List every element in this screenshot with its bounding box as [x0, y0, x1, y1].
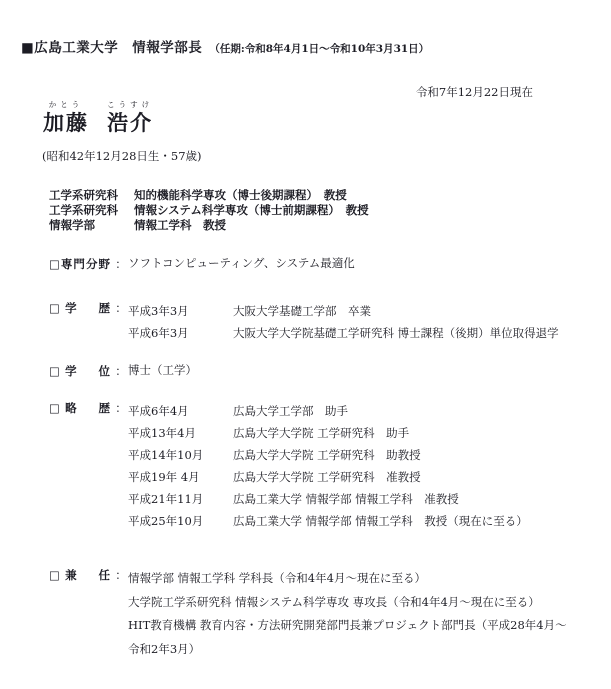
concurrent-entries: 情報学部 情報工学科 学科長（令和4年4月～現在に至る） 大学院工学系研究科 情… [128, 567, 567, 661]
section-colon: ： [115, 300, 127, 316]
entry-date: 平成21年11月 [128, 488, 233, 510]
affiliation-org: 工学系研究科 [49, 188, 134, 203]
name-last-unit: かとう 加藤 [43, 100, 89, 136]
cv-page: ■広島工業大学 情報学部長 （任期:令和8年4月1日～令和10年3月31日） 令… [0, 0, 611, 689]
entry-date: 平成25年10月 [128, 510, 233, 532]
entry-desc: 広島大学工学部 助手 [233, 400, 348, 422]
section-colon: ： [115, 256, 127, 272]
degree-value: 博士（工学） [128, 363, 197, 378]
entry-desc: 広島工業大学 情報学部 情報工学科 教授（現在に至る） [233, 510, 528, 532]
concurrent-line: 大学院工学系研究科 情報システム科学専攻 専攻長（令和4年4月～現在に至る） [128, 591, 567, 615]
entry-date: 平成13年4月 [128, 422, 233, 444]
section-label: □学 位 [49, 363, 110, 379]
career-entry: 平成25年10月 広島工業大学 情報学部 情報工学科 教授（現在に至る） [128, 510, 528, 532]
entry-date: 平成6年4月 [128, 400, 233, 422]
section-education: □学 歴 ： 平成3年3月 大阪大学基礎工学部 卒業 平成6年3月 大阪大学大学… [49, 300, 559, 344]
name-block: かとう 加藤 こうすけ 浩介 [43, 100, 153, 136]
name-last: 加藤 [43, 110, 89, 136]
education-entry: 平成6年3月 大阪大学大学院基礎工学研究科 博士課程（後期）単位取得退学 [128, 322, 559, 344]
concurrent-line: HIT教育機構 教育内容・方法研究開発部門長兼プロジェクト部門長（平成28年4月… [128, 614, 567, 638]
furigana-first: こうすけ [107, 100, 153, 110]
affiliation-org: 情報学部 [49, 218, 134, 233]
name-first-unit: こうすけ 浩介 [107, 100, 153, 136]
affiliation-detail: 情報システム科学専攻（博士前期課程） 教授 [134, 203, 369, 218]
entry-date: 平成3年3月 [128, 300, 233, 322]
document-title: ■広島工業大学 情報学部長 [21, 40, 202, 56]
section-degree: □学 位 ： 博士（工学） [49, 363, 197, 379]
career-entry: 平成6年4月 広島大学工学部 助手 [128, 400, 528, 422]
section-career: □略 歴 ： 平成6年4月 広島大学工学部 助手 平成13年4月 広島大学大学院… [49, 400, 528, 532]
concurrent-line: 令和2年3月） [128, 638, 567, 662]
name-first: 浩介 [107, 110, 153, 136]
section-concurrent: □兼 任 ： 情報学部 情報工学科 学科長（令和4年4月～現在に至る） 大学院工… [49, 567, 567, 661]
entry-desc: 広島大学大学院 工学研究科 助教授 [233, 444, 421, 466]
career-entry: 平成14年10月 広島大学大学院 工学研究科 助教授 [128, 444, 528, 466]
entry-desc: 広島大学大学院 工学研究科 准教授 [233, 466, 421, 488]
furigana-last: かとう [43, 100, 89, 110]
section-label: □兼 任 [49, 567, 110, 583]
affiliation-org: 工学系研究科 [49, 203, 134, 218]
career-entry: 平成13年4月 広島大学大学院 工学研究科 助手 [128, 422, 528, 444]
birth-date-age: (昭和42年12月28日生・57歳) [42, 148, 202, 164]
section-label: □学 歴 [49, 300, 110, 316]
education-entries: 平成3年3月 大阪大学基礎工学部 卒業 平成6年3月 大阪大学大学院基礎工学研究… [128, 300, 559, 344]
education-entry: 平成3年3月 大阪大学基礎工学部 卒業 [128, 300, 559, 322]
section-colon: ： [115, 567, 127, 583]
entry-date: 平成6年3月 [128, 322, 233, 344]
as-of-date: 令和7年12月22日現在 [0, 84, 533, 100]
appointment-term: （任期:令和8年4月1日～令和10年3月31日） [209, 43, 429, 55]
career-entries: 平成6年4月 広島大学工学部 助手 平成13年4月 広島大学大学院 工学研究科 … [128, 400, 528, 532]
entry-desc: 広島大学大学院 工学研究科 助手 [233, 422, 409, 444]
specialty-value: ソフトコンピューティング、システム最適化 [128, 256, 355, 271]
entry-desc: 大阪大学基礎工学部 卒業 [233, 300, 371, 322]
section-specialty: □専門分野 ： ソフトコンピューティング、システム最適化 [49, 256, 355, 272]
entry-desc: 広島工業大学 情報学部 情報工学科 准教授 [233, 488, 459, 510]
career-entry: 平成21年11月 広島工業大学 情報学部 情報工学科 准教授 [128, 488, 528, 510]
section-label: □専門分野 [49, 256, 110, 272]
page-header: ■広島工業大学 情報学部長 （任期:令和8年4月1日～令和10年3月31日） [21, 36, 429, 56]
entry-date: 平成19年 4月 [128, 466, 233, 488]
entry-date: 平成14年10月 [128, 444, 233, 466]
affiliation-detail: 情報工学科 教授 [134, 218, 226, 233]
affiliation-row: 工学系研究科 知的機能科学専攻（博士後期課程） 教授 [49, 188, 369, 203]
entry-desc: 大阪大学大学院基礎工学研究科 博士課程（後期）単位取得退学 [233, 322, 559, 344]
concurrent-line: 情報学部 情報工学科 学科長（令和4年4月～現在に至る） [128, 567, 567, 591]
career-entry: 平成19年 4月 広島大学大学院 工学研究科 准教授 [128, 466, 528, 488]
affiliation-row: 情報学部 情報工学科 教授 [49, 218, 369, 233]
affiliation-list: 工学系研究科 知的機能科学専攻（博士後期課程） 教授 工学系研究科 情報システム… [49, 188, 369, 233]
section-colon: ： [115, 363, 127, 379]
affiliation-detail: 知的機能科学専攻（博士後期課程） 教授 [134, 188, 347, 203]
section-label: □略 歴 [49, 400, 110, 416]
section-colon: ： [115, 400, 127, 416]
affiliation-row: 工学系研究科 情報システム科学専攻（博士前期課程） 教授 [49, 203, 369, 218]
